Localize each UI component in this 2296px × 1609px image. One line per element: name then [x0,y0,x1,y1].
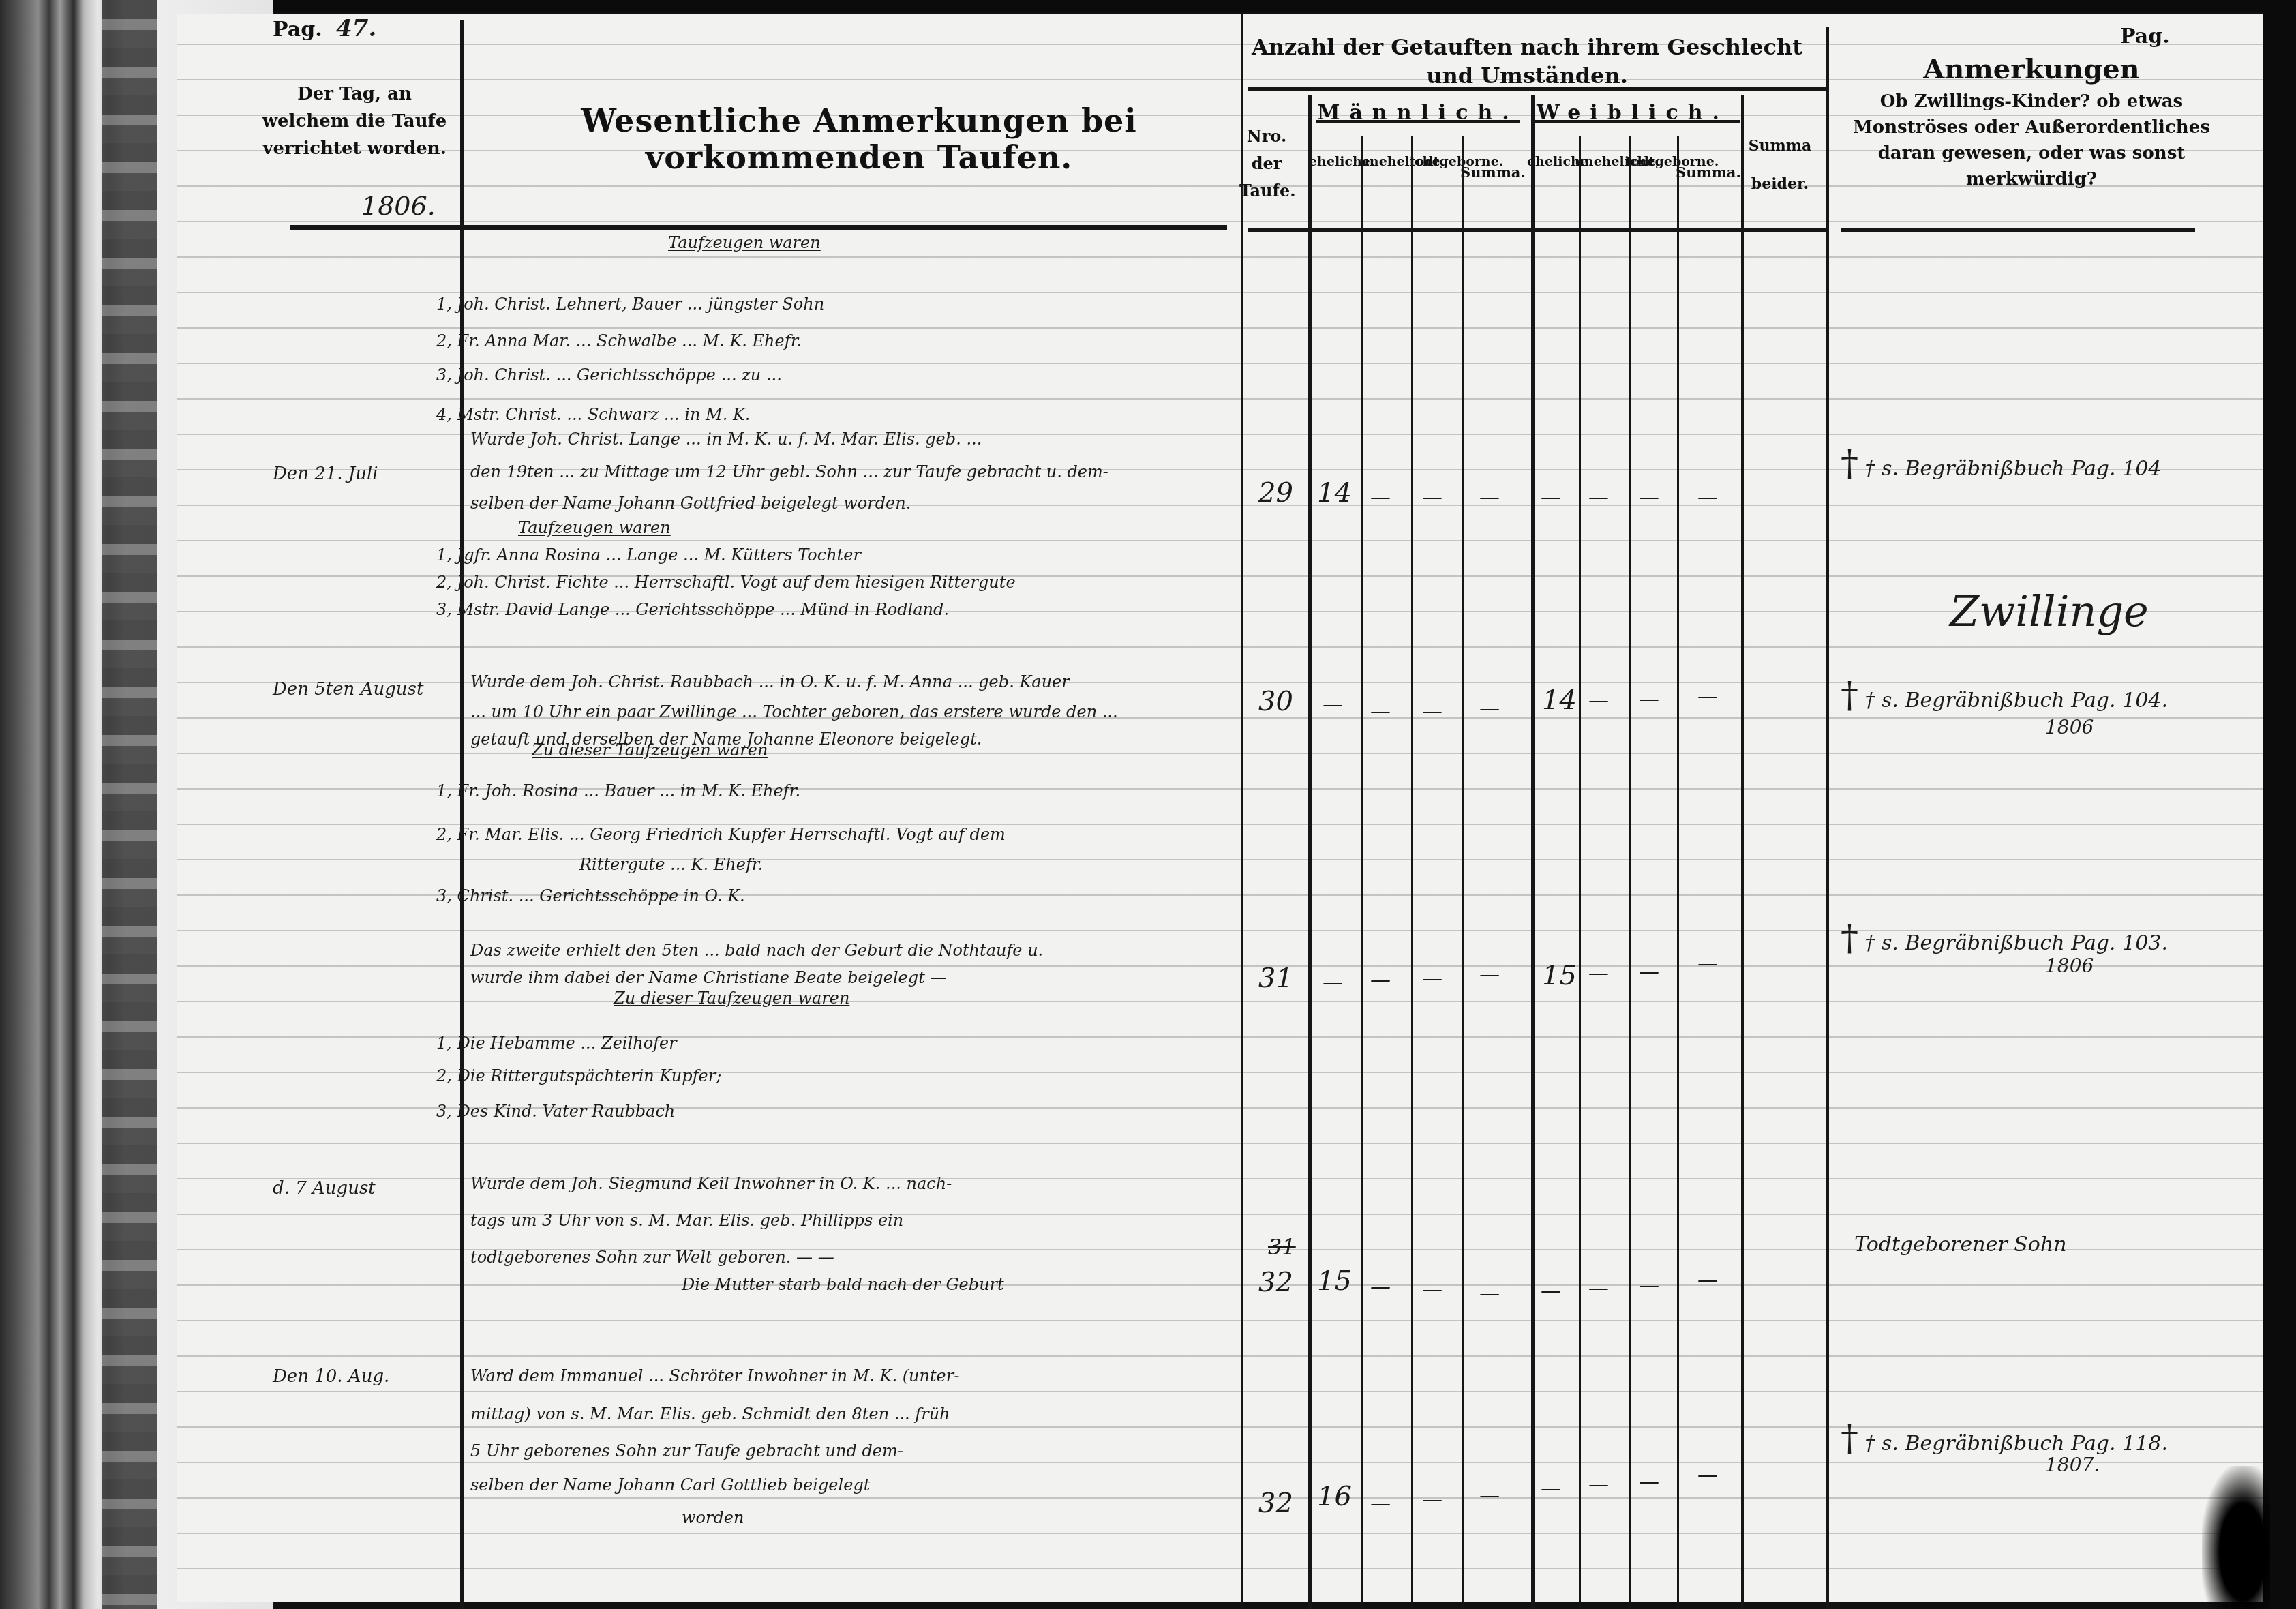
entry-text-line: Wurde Joh. Christ. Lange ... in M. K. u.… [470,430,982,449]
witness-number: 3, [436,1102,452,1121]
witness-number: 2, [436,1066,452,1085]
rule-main-count [1241,14,1243,1609]
female-stillborn-count: — [1639,687,1659,711]
baptism-number: 32 [1258,1488,1293,1519]
male-illegitimate-count: — [1370,700,1391,723]
page-label-left: Pag. 47. [273,15,376,42]
witness-text: Mstr. Christ. ... Schwarz ... in M. K. [457,405,751,424]
female-stillborn-count: — [1639,485,1659,509]
witness-text: Joh. Christ. ... Gerichtsschöppe ... zu … [457,365,782,385]
female-legitimate-count: — [1541,1477,1561,1501]
death-cross-icon: † [1841,443,1858,484]
witness-number: 1, [436,295,452,314]
male-stillborn-count: — [1422,967,1442,991]
witness-number: 3, [436,365,452,385]
female-illegitimate-header: uneheliche. [1575,150,1622,173]
register-page [177,14,2263,1602]
witness-number: 1, [436,545,452,565]
rule-m1 [1361,136,1363,1609]
baptism-number: 31 [1258,963,1293,994]
remark-twins: Zwillinge [1950,586,2149,636]
witness-text: Jgfr. Anna Rosina ... Lange ... M. Kütte… [457,545,861,565]
entry-text-line: wurde ihm dabei der Name Christiane Beat… [470,968,946,987]
witness-number: 1, [436,1034,452,1053]
female-legitimate-count: 14 [1542,685,1577,716]
entry-text-line: selben der Name Johann Gottfried beigele… [470,494,911,513]
witness-text: Rittergute ... K. Ehefr. [579,855,763,874]
entry-text-line: worden [682,1508,744,1527]
witness-text: Die Hebamme ... Zeilhofer [457,1034,677,1053]
baptism-number: 30 [1258,686,1293,717]
witness-text: Die Rittergutspächterin Kupfer; [457,1066,722,1085]
male-stillborn-count: — [1422,1278,1442,1302]
witness-text: Fr. Joh. Rosina ... Bauer ... in M. K. E… [457,781,800,800]
register-year: 1806. [361,191,436,221]
male-legitimate-count: 15 [1317,1265,1352,1297]
male-legitimate-count: — [1323,693,1343,717]
female-group-rule [1535,120,1740,123]
entry-text-line: tags um 3 Uhr von s. M. Mar. Elis. geb. … [470,1211,903,1230]
witness-text: Des Kind. Vater Raubbach [457,1102,676,1121]
header-rule-main [290,225,1227,230]
page-label-right: Pag. [2120,25,2170,48]
death-cross-icon: † [1841,918,1858,959]
rule-male-female [1531,95,1535,1609]
spine-shadow [102,0,157,1609]
baptism-date: d. 7 August [273,1178,376,1199]
baptism-number: 32 [1258,1267,1293,1298]
male-stillborn-count: — [1422,1488,1442,1512]
male-sum-count: — [1479,1282,1500,1306]
male-sum-count: — [1479,485,1500,509]
witness-number: 3, [436,886,452,905]
entry-text-line: Das zweite erhielt den 5ten ... bald nac… [470,941,1043,960]
count-column-header: Anzahl der Getauften nach ihrem Geschlec… [1248,33,1807,90]
main-column-header: Wesentliche Anmerkungen bei vorkommenden… [491,102,1227,176]
remark-stillborn: Todtgeborener Sohn [1854,1233,2067,1257]
page-label-text: Pag. [273,18,322,42]
death-cross-icon: † [1841,675,1858,716]
male-illegitimate-header: uneheliche. [1360,150,1408,173]
male-sum-count: — [1479,697,1500,721]
female-sum-count: — [1697,685,1718,708]
remark-burial-ref: † † s. Begräbnißbuch Pag. 104. [1841,675,2168,716]
witness-header: Zu dieser Taufzeugen waren [532,740,768,760]
female-sum-count: — [1697,485,1718,509]
female-illegitimate-count: — [1588,485,1609,509]
rule-f1 [1579,136,1581,1609]
male-legitimate-count: — [1323,971,1343,995]
female-legitimate-count: — [1541,485,1561,509]
witness-text: Christ. ... Gerichtsschöppe in O. K. [457,886,745,905]
witness-header: Taufzeugen waren [518,518,671,537]
date-column-header: Der Tag, an welchem die Taufe verrichtet… [252,80,457,162]
female-legitimate-count: — [1541,1279,1561,1303]
male-stillborn-count: — [1422,485,1442,509]
male-illegitimate-count: — [1370,1492,1391,1516]
witness-number: 2, [436,825,452,844]
female-illegitimate-count: — [1588,1473,1609,1497]
male-stillborn-header: todtgeborne. [1410,150,1459,173]
male-illegitimate-count: — [1370,1275,1391,1299]
witness-text: Mstr. David Lange ... Gerichtsschöppe ..… [457,600,950,619]
remark-burial-ref: † † s. Begräbnißbuch Pag. 103. [1841,918,2168,959]
female-stillborn-count: — [1639,1274,1659,1297]
rule-m3 [1462,136,1464,1609]
remark-burial-ref: † † s. Begräbnißbuch Pag. 104 [1841,443,2161,484]
entry-text-line: mittag) von s. M. Mar. Elis. geb. Schmid… [470,1404,950,1424]
remark-text: † s. Begräbnißbuch Pag. 104. [1865,689,2168,712]
witness-text: Joh. Christ. Lehnert, Bauer ... jüngster… [457,295,825,314]
remark-text: † s. Begräbnißbuch Pag. 104 [1865,457,2162,481]
male-stillborn-count: — [1422,700,1442,723]
entry-text-line: selben der Name Johann Carl Gottlieb bei… [470,1475,870,1494]
female-stillborn-header: todtgeborne. [1625,150,1674,173]
nr-column-header: Nro. der Taufe. [1239,123,1294,205]
rule-m2 [1411,136,1413,1609]
male-group-rule [1316,120,1520,123]
male-sum-count: — [1479,963,1500,987]
witness-number: 1, [436,781,452,800]
male-legitimate-header: eheliche. [1309,150,1357,173]
baptism-date: Den 10. Aug. [273,1366,389,1387]
male-illegitimate-count: — [1370,968,1391,992]
rule-f3 [1677,136,1679,1609]
death-cross-icon: † [1841,1418,1858,1459]
struck-baptism-number: 31 [1268,1234,1296,1260]
rule-f2 [1629,136,1631,1609]
male-sum-header: Summa. [1460,161,1522,184]
remark-year: 1806 [2045,954,2094,977]
witness-number: 4, [436,405,452,424]
remark-burial-ref: † † s. Begräbnißbuch Pag. 118. [1841,1418,2168,1459]
remark-text: † s. Begräbnißbuch Pag. 103. [1865,931,2168,955]
remark-year: 1807. [2045,1454,2100,1476]
remarks-column-title: Anmerkungen [1841,53,2222,85]
entry-text-line: todtgeborenes Sohn zur Welt geboren. — — [470,1248,834,1267]
male-legitimate-count: 16 [1317,1481,1352,1512]
remarks-column-subtitle: Ob Zwillings-Kinder? ob etwas Monströses… [1841,89,2222,192]
baptism-number: 29 [1258,477,1293,509]
male-legitimate-count: 14 [1317,477,1352,509]
rule-remarks [1826,27,1829,1609]
header-rule-count [1248,228,1827,232]
entry-text-line: Wurde dem Joh. Siegmund Keil Inwohner in… [470,1174,952,1193]
remark-year: 1806 [2045,716,2094,738]
witness-header: Taufzeugen waren [668,233,821,252]
male-sum-count: — [1479,1484,1500,1507]
total-column-header: Summa beider. [1742,127,1817,203]
female-illegitimate-count: — [1588,961,1609,985]
rule-nr [1308,95,1312,1609]
female-sum-header: Summa. [1676,161,1740,184]
female-sum-count: — [1697,952,1718,976]
page-number: 47. [336,15,376,42]
female-illegitimate-count: — [1588,689,1609,712]
male-illegitimate-count: — [1370,485,1391,509]
female-sum-count: — [1697,1463,1718,1487]
baptism-date: Den 5ten August [273,679,423,700]
scan-right-edge [2263,0,2296,1609]
remark-text: † s. Begräbnißbuch Pag. 118. [1865,1432,2168,1456]
entry-text-line: 5 Uhr geborenes Sohn zur Taufe gebracht … [470,1441,903,1460]
female-legitimate-count: 15 [1542,960,1577,991]
witness-text: Fr. Anna Mar. ... Schwalbe ... M. K. Ehe… [457,331,802,350]
entry-text-line: Wurde dem Joh. Christ. Raubbach ... in O… [470,672,1070,691]
witness-number: 2, [436,331,452,350]
witness-header: Zu dieser Taufzeugen waren [614,989,849,1008]
female-illegitimate-count: — [1588,1276,1609,1300]
scan-top-edge [0,0,2296,12]
ink-stain [2202,1466,2270,1609]
witness-number: 3, [436,600,452,619]
female-stillborn-count: — [1639,1470,1659,1494]
witness-text: Fr. Mar. Elis. ... Georg Friedrich Kupfe… [457,825,1006,844]
entry-text-line: den 19ten ... zu Mittage um 12 Uhr gebl.… [470,462,1108,481]
header-rule-remarks [1841,228,2195,232]
female-sum-count: — [1697,1268,1718,1292]
entry-text-line: ... um 10 Uhr ein paar Zwillinge ... Toc… [470,702,1118,721]
entry-text-line: Die Mutter starb bald nach der Geburt [682,1275,1004,1294]
female-stillborn-count: — [1639,960,1659,984]
rule-total [1741,95,1744,1609]
witness-number: 2, [436,573,452,592]
baptism-date: Den 21. Juli [273,464,378,484]
entry-text-line: Ward dem Immanuel ... Schröter Inwohner … [470,1366,959,1385]
rule-date-main [460,20,464,1609]
witness-text: Joh. Christ. Fichte ... Herrschaftl. Vog… [457,573,1016,592]
count-title-rule [1248,87,1827,91]
